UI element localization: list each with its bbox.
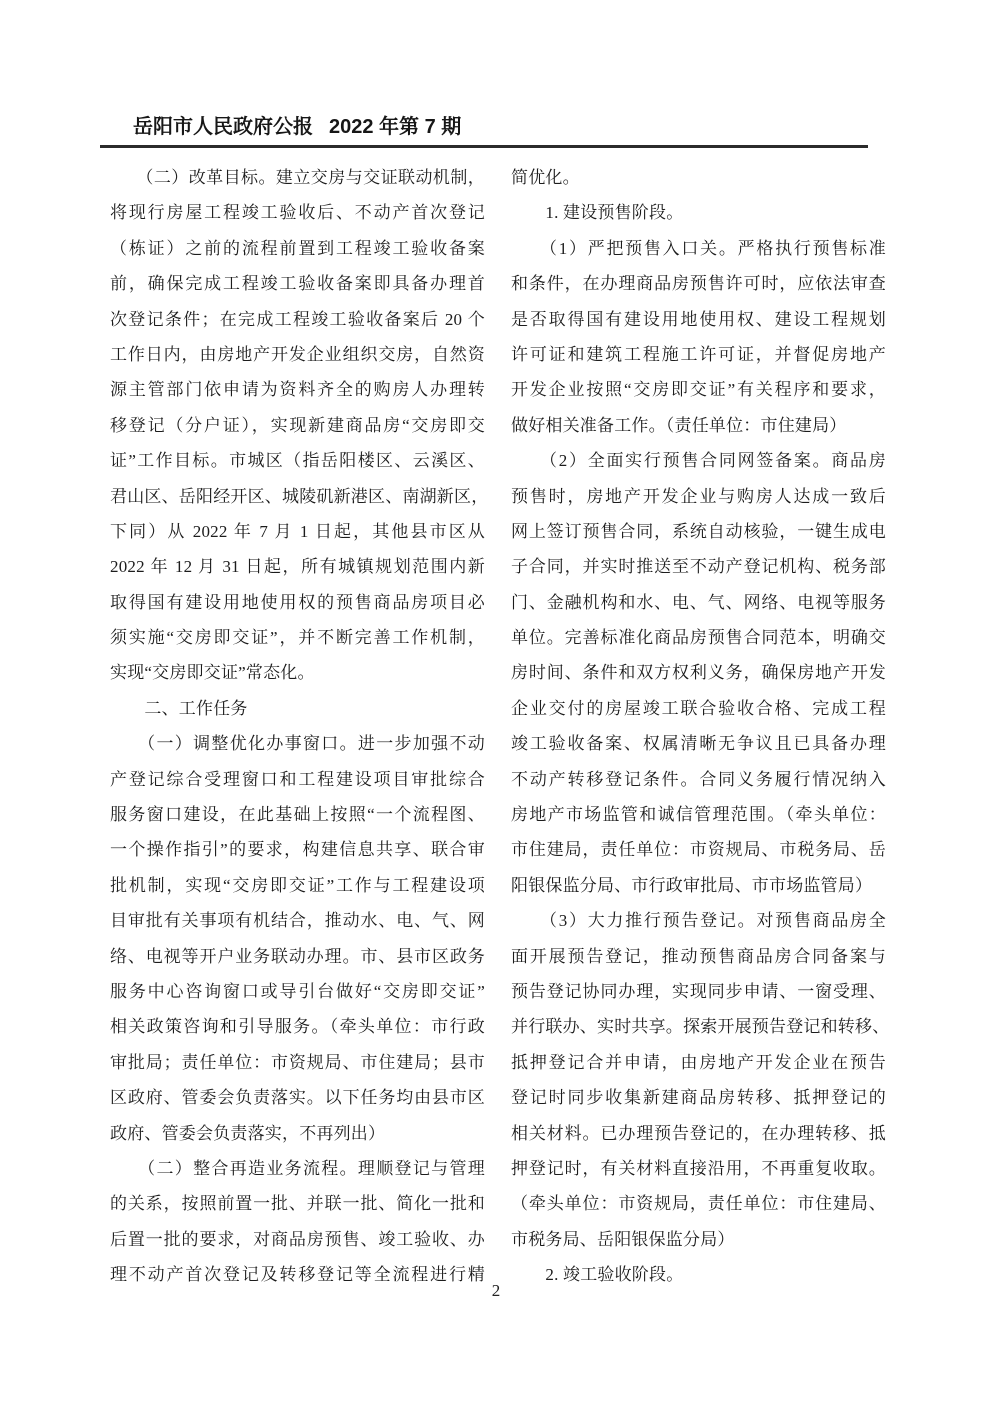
page-number: 2 xyxy=(0,1281,992,1301)
text-line: （二）整合再造业务流程。理顺登记与管理 xyxy=(110,1151,485,1186)
text-line: 取得国有建设用地使用权的预售商品房项目必 xyxy=(110,585,485,620)
text-line: 审批局；责任单位：市资规局、市住建局；县市 xyxy=(110,1045,485,1080)
text-line: 移登记（分户证），实现新建商品房“交房即交 xyxy=(110,408,485,443)
text-line: 须实施“交房即交证”，并不断完善工作机制， xyxy=(110,620,485,655)
text-line: 二、工作任务 xyxy=(110,691,485,726)
text-line: 竣工验收备案、权属清晰无争议且已具备办理 xyxy=(511,726,886,761)
text-line: 押登记时，有关材料直接沿用，不再重复收取。 xyxy=(511,1151,886,1186)
gazette-issue: 2022 年第 7 期 xyxy=(329,116,461,138)
text-line: 工作日内，由房地产开发企业组织交房，自然资 xyxy=(110,337,485,372)
text-line: 开发企业按照“交房即交证”有关程序和要求， xyxy=(511,372,886,407)
text-line: 政府、管委会负责落实，不再列出） xyxy=(110,1116,485,1151)
text-line: 批机制，实现“交房即交证”工作与工程建设项 xyxy=(110,868,485,903)
text-line: 市税务局、岳阳银保监分局） xyxy=(511,1222,886,1257)
text-line: 做好相关准备工作。（责任单位：市住建局） xyxy=(511,408,886,443)
text-line: 和条件，在办理商品房预售许可时，应依法审查 xyxy=(511,266,886,301)
text-line: （栋证）之前的流程前置到工程竣工验收备案 xyxy=(110,231,485,266)
text-line: （二）改革目标。建立交房与交证联动机制， xyxy=(110,160,485,195)
text-line: 门、金融机构和水、电、气、网络、电视等服务 xyxy=(511,585,886,620)
text-line: 前，确保完成工程竣工验收备案即具备办理首 xyxy=(110,266,485,301)
text-line: 面开展预告登记，推动预售商品房合同备案与 xyxy=(511,939,886,974)
text-line: 的关系，按照前置一批、并联一批、简化一批和 xyxy=(110,1186,485,1221)
text-line: 网上签订预售合同，系统自动核验，一键生成电 xyxy=(511,514,886,549)
text-line: 子合同，并实时推送至不动产登记机构、税务部 xyxy=(511,549,886,584)
text-line: 服务中心咨询窗口或导引台做好“交房即交证” xyxy=(110,974,485,1009)
text-line: 预告登记协同办理，实现同步申请、一窗受理、 xyxy=(511,974,886,1009)
text-line: （牵头单位：市资规局，责任单位：市住建局、 xyxy=(511,1186,886,1221)
text-line: 实现“交房即交证”常态化。 xyxy=(110,655,485,690)
text-line: 下同）从 2022 年 7 月 1 日起，其他县市区从 xyxy=(110,514,485,549)
text-line: 源主管部门依申请为资料齐全的购房人办理转 xyxy=(110,372,485,407)
text-line: 抵押登记合并申请，由房地产开发企业在预告 xyxy=(511,1045,886,1080)
text-line: （2）全面实行预售合同网签备案。商品房 xyxy=(511,443,886,478)
text-line: 预售时，房地产开发企业与购房人达成一致后 xyxy=(511,479,886,514)
header-divider-rule xyxy=(100,145,868,148)
text-line: 后置一批的要求，对商品房预售、竣工验收、办 xyxy=(110,1222,485,1257)
text-line: 服务窗口建设，在此基础上按照“一个流程图、 xyxy=(110,797,485,832)
text-line: 将现行房屋工程竣工验收后、不动产首次登记 xyxy=(110,195,485,230)
text-line: 房时间、条件和双方权利义务，确保房地产开发 xyxy=(511,655,886,690)
text-line: 一个操作指引”的要求，构建信息共享、联合审 xyxy=(110,832,485,867)
body-text-area: （二）改革目标。建立交房与交证联动机制，将现行房屋工程竣工验收后、不动产首次登记… xyxy=(110,160,886,1293)
text-line: 2022 年 12 月 31 日起，所有城镇规划范围内新 xyxy=(110,549,485,584)
page-header: 岳阳市人民政府公报2022 年第 7 期 xyxy=(133,114,461,140)
text-line: 简优化。 xyxy=(511,160,886,195)
text-line: 阳银保监分局、市行政审批局、市市场监管局） xyxy=(511,868,886,903)
text-line: （一）调整优化办事窗口。进一步加强不动 xyxy=(110,726,485,761)
text-line: 单位。完善标准化商品房预售合同范本，明确交 xyxy=(511,620,886,655)
text-line: 1. 建设预售阶段。 xyxy=(511,195,886,230)
gazette-page: 岳阳市人民政府公报2022 年第 7 期 （二）改革目标。建立交房与交证联动机制… xyxy=(0,0,992,1403)
text-line: （3）大力推行预告登记。对预售商品房全 xyxy=(511,903,886,938)
text-line: 君山区、岳阳经开区、城陵矶新港区、南湖新区， xyxy=(110,479,485,514)
text-line: 次登记条件；在完成工程竣工验收备案后 20 个 xyxy=(110,302,485,337)
text-line: 证”工作目标。市城区（指岳阳楼区、云溪区、 xyxy=(110,443,485,478)
right-column: 简优化。 1. 建设预售阶段。 （1）严把预售入口关。严格执行预售标准和条件，在… xyxy=(511,160,886,1293)
text-line: 目审批有关事项有机结合，推动水、电、气、网 xyxy=(110,903,485,938)
text-line: （1）严把预售入口关。严格执行预售标准 xyxy=(511,231,886,266)
text-line: 房地产市场监管和诚信管理范围。（牵头单位： xyxy=(511,797,886,832)
text-line: 络、电视等开户业务联动办理。市、县市区政务 xyxy=(110,939,485,974)
text-line: 是否取得国有建设用地使用权、建设工程规划 xyxy=(511,302,886,337)
text-line: 企业交付的房屋竣工联合验收合格、完成工程 xyxy=(511,691,886,726)
text-line: 相关政策咨询和引导服务。（牵头单位：市行政 xyxy=(110,1009,485,1044)
text-line: 产登记综合受理窗口和工程建设项目审批综合 xyxy=(110,762,485,797)
text-line: 不动产转移登记条件。合同义务履行情况纳入 xyxy=(511,762,886,797)
text-line: 登记时同步收集新建商品房转移、抵押登记的 xyxy=(511,1080,886,1115)
text-line: 相关材料。已办理预告登记的，在办理转移、抵 xyxy=(511,1116,886,1151)
text-line: 并行联办、实时共享。探索开展预告登记和转移、 xyxy=(511,1009,886,1044)
text-line: 许可证和建筑工程施工许可证，并督促房地产 xyxy=(511,337,886,372)
left-column: （二）改革目标。建立交房与交证联动机制，将现行房屋工程竣工验收后、不动产首次登记… xyxy=(110,160,485,1293)
text-line: 区政府、管委会负责落实。以下任务均由县市区 xyxy=(110,1080,485,1115)
text-line: 市住建局，责任单位：市资规局、市税务局、岳 xyxy=(511,832,886,867)
gazette-title: 岳阳市人民政府公报 xyxy=(133,116,313,138)
